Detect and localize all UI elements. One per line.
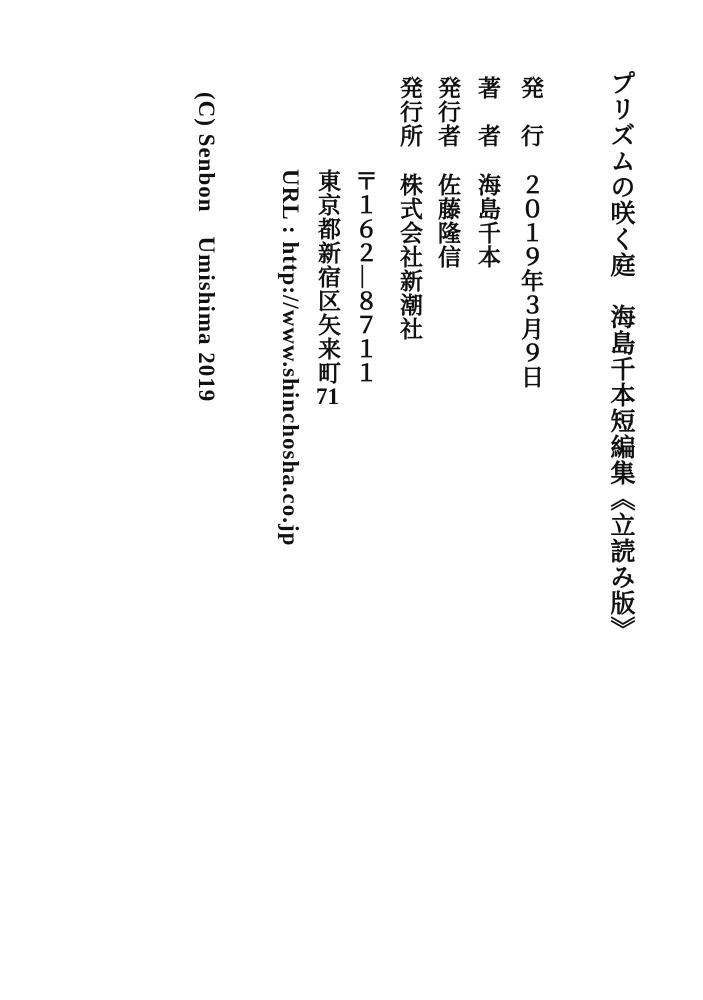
publisher-company-label: 発行所 [397, 76, 422, 148]
copyright-line: (C) Senbon Umishima 2019 [188, 92, 224, 402]
book-title: プリズムの咲く庭 海島千本短編集《立読み版》 [600, 70, 640, 642]
publish-date-value: ２０１９年３月９日 [518, 173, 543, 389]
publisher-person-row: 発行者佐藤隆信 [429, 76, 465, 269]
publish-date-row: 発 行２０１９年３月９日 [512, 76, 548, 389]
publish-date-label: 発 行 [518, 76, 543, 148]
postal-code: 〒１６２―８７１１ [346, 169, 382, 385]
publisher-person-label: 発行者 [435, 76, 460, 148]
colophon-page: プリズムの咲く庭 海島千本短編集《立読み版》 発 行２０１９年３月９日 著 者海… [0, 0, 703, 1000]
author-row: 著 者海島千本 [469, 76, 505, 269]
publisher-company-row: 発行所株式会社新潮社 [391, 76, 427, 341]
author-value: 海島千本 [475, 173, 500, 269]
url-line: URL : http://www.shinchosha.co.jp [272, 169, 308, 546]
publisher-company-value: 株式会社新潮社 [397, 173, 422, 341]
address-text: 東京都新宿区矢来町 [315, 169, 340, 385]
publisher-person-value: 佐藤隆信 [435, 173, 460, 269]
address-line: 東京都新宿区矢来町71 [309, 169, 345, 408]
address-number: 71 [315, 385, 340, 408]
author-label: 著 者 [475, 76, 500, 148]
